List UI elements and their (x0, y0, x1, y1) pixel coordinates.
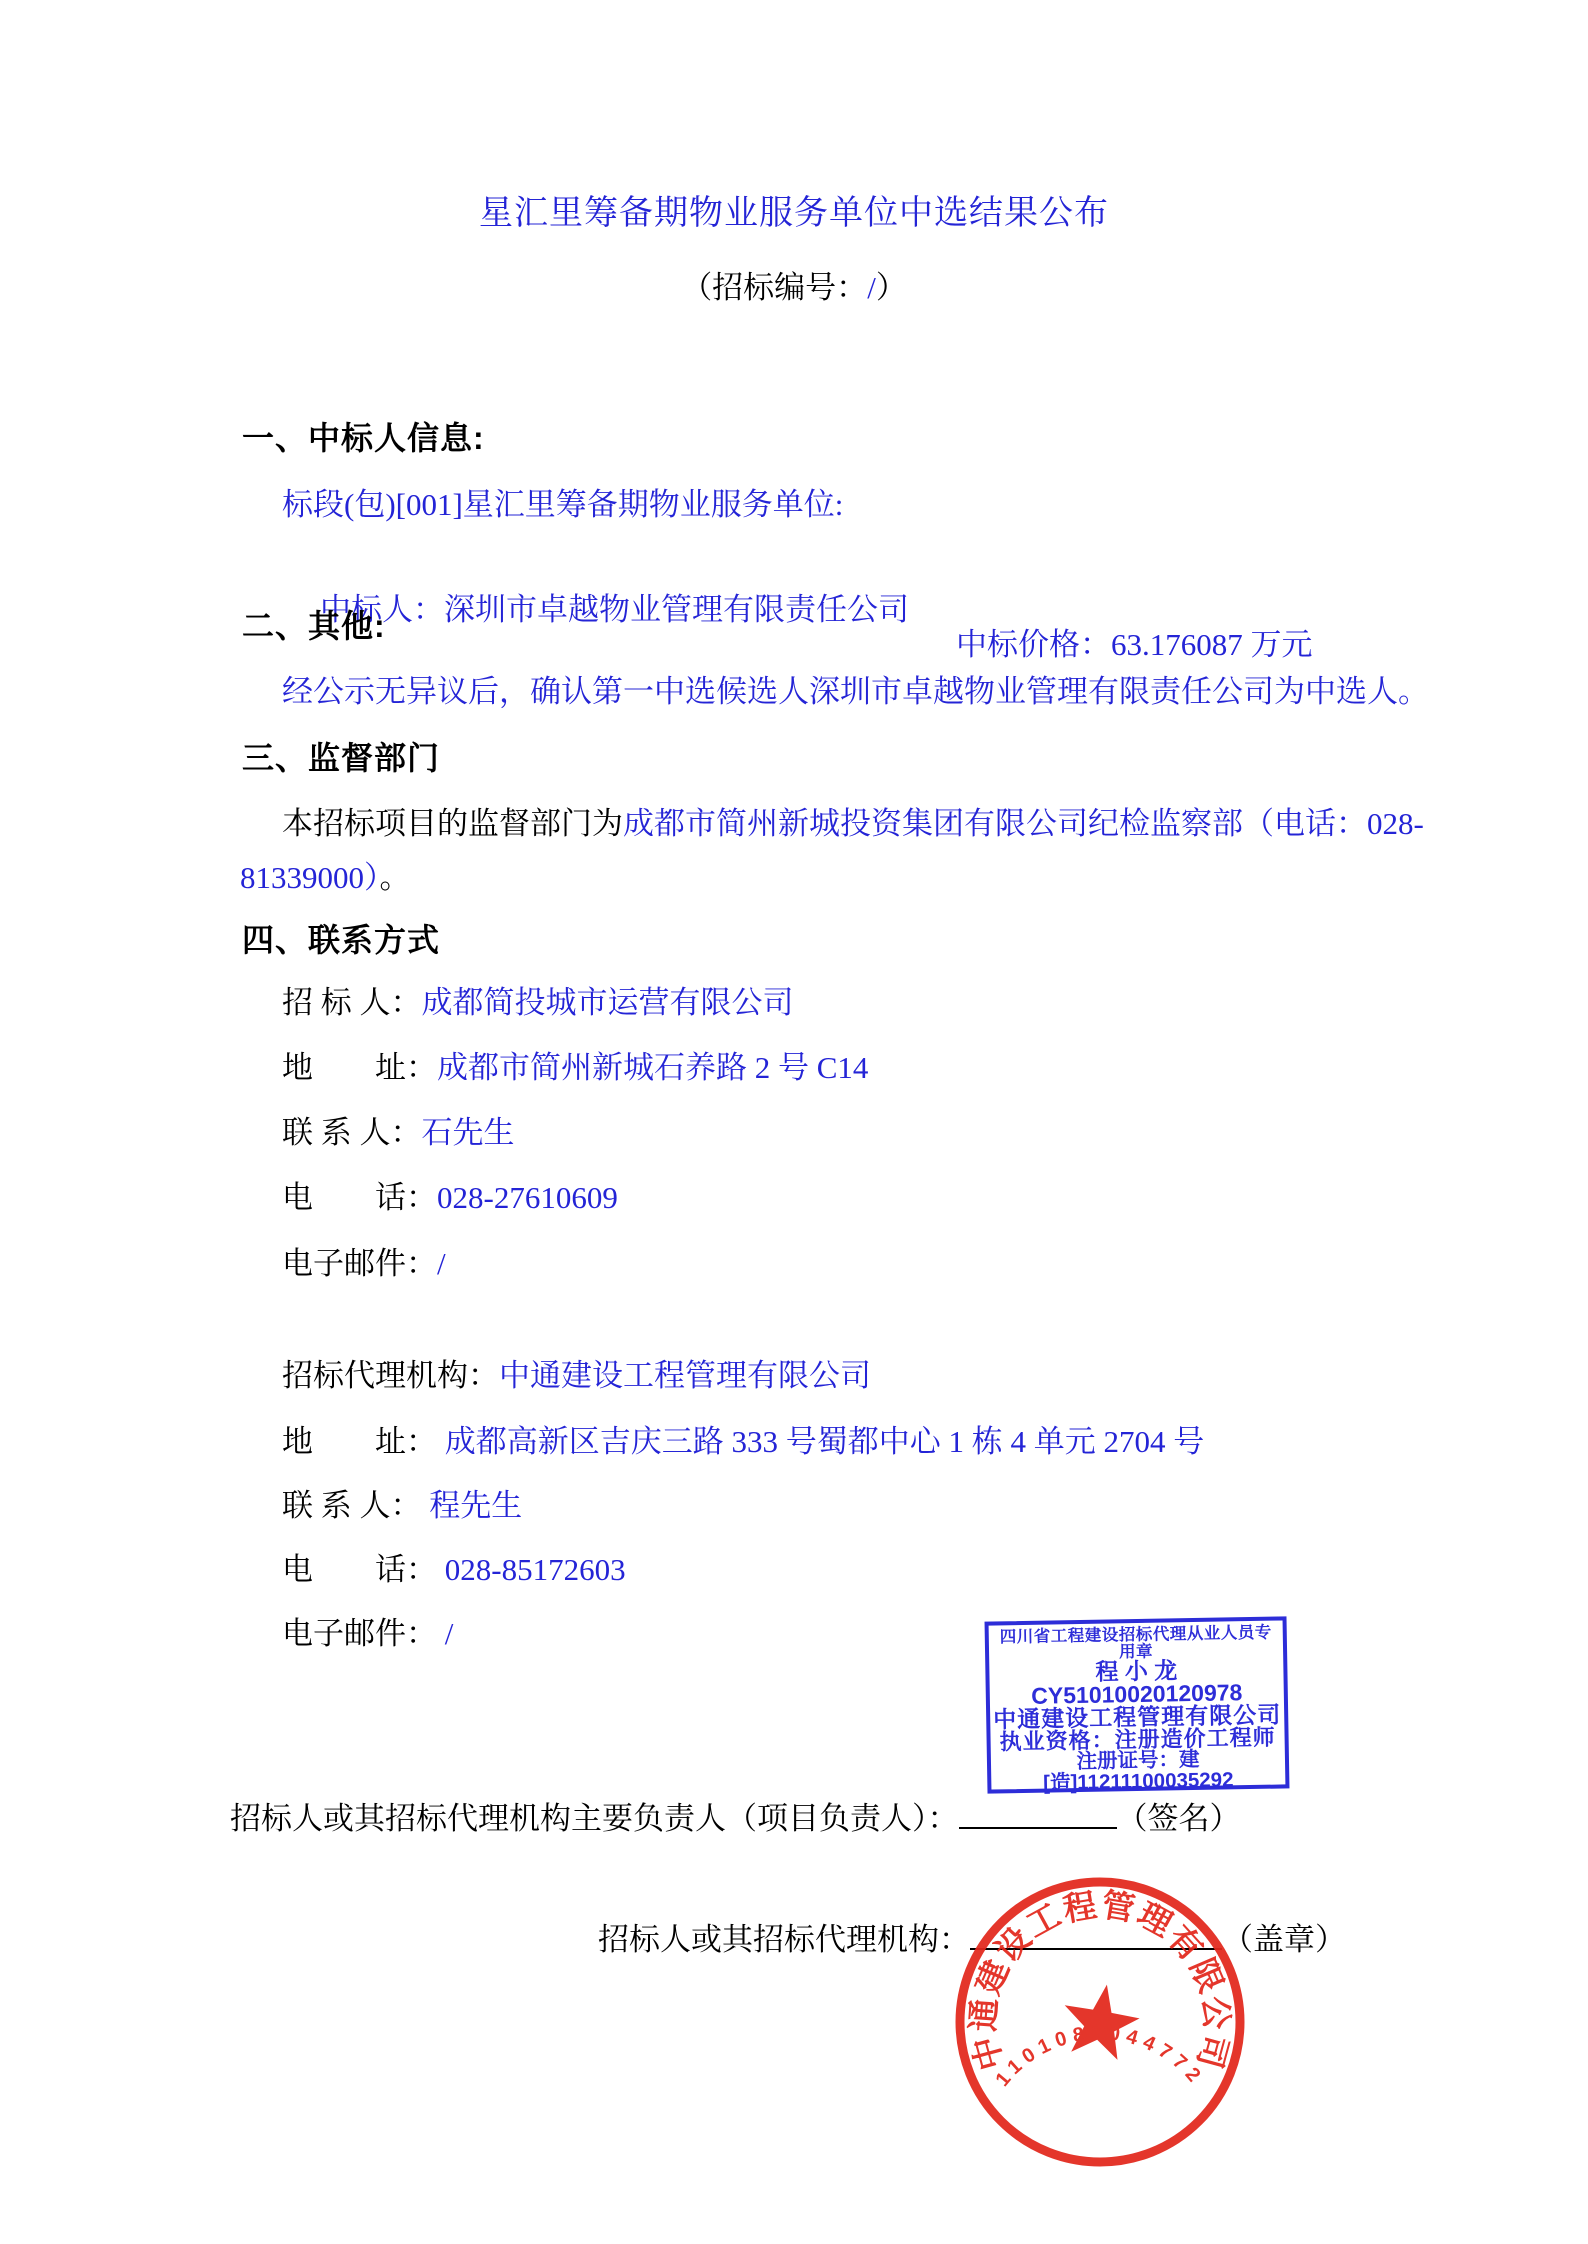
bid-number-prefix: （招标编号： (681, 270, 867, 305)
signature1-label: 招标人或其招标代理机构主要负责人（项目负责人）： (230, 1801, 959, 1836)
signature1-suffix: （签名） (1117, 1801, 1241, 1836)
seal-star (1065, 1985, 1140, 2060)
row-label: 电 话： (282, 1552, 437, 1587)
agency-row-name: 招标代理机构：中通建设工程管理有限公司 (282, 1358, 871, 1394)
supervision-dept: 成都市简州新城投资集团有限公司纪检监察部（电话：028- (623, 806, 1424, 841)
row-label: 地 址： (282, 1424, 437, 1459)
signature-line-principal: 招标人或其招标代理机构主要负责人（项目负责人）：（签名） (230, 1797, 1241, 1837)
row-value: 成都市简州新城石养路 2 号 C14 (437, 1050, 868, 1085)
row-value: 中通建设工程管理有限公司 (499, 1358, 871, 1393)
tenderer-row-name: 招 标 人：成都简投城市运营有限公司 (282, 985, 794, 1021)
stamp-line-cert-no: 注册证号：建[造]11211100035292 (994, 1748, 1283, 1794)
row-value: 成都简投城市运营有限公司 (422, 985, 794, 1020)
row-value: 程先生 (422, 1488, 523, 1523)
signature1-blank (959, 1797, 1117, 1829)
bid-number-line: （招标编号：/） (0, 270, 1588, 306)
section3-heading: 三、监督部门 (242, 740, 440, 777)
svg-text:1101081044772: 1101081044772 (991, 2022, 1208, 2090)
section4-heading: 四、联系方式 (242, 922, 440, 959)
bid-number-value: / (867, 270, 876, 305)
row-value: 028-85172603 (437, 1552, 626, 1587)
agency-row-contact: 联 系 人： 程先生 (282, 1488, 522, 1524)
stamp-line-person: 程 小 龙CY51010020120978 (992, 1657, 1281, 1708)
row-value: 石先生 (422, 1115, 515, 1150)
document-page: 星汇里筹备期物业服务单位中选结果公布 （招标编号：/） 一、中标人信息: 标段(… (0, 0, 1588, 2244)
company-seal: 中通建设工程管理有限公司 1101081044772 (950, 1872, 1250, 2172)
tenderer-row-phone: 电 话：028-27610609 (282, 1180, 618, 1216)
section2-heading: 二、其他: (242, 608, 386, 645)
section3-line2: 81339000）。 (240, 860, 411, 896)
signature2-label: 招标人或其招标代理机构： (598, 1922, 970, 1957)
section2-body: 经公示无异议后，确认第一中选候选人深圳市卓越物业管理有限责任公司为中选人。 (282, 674, 1429, 710)
row-value: 028-27610609 (437, 1180, 618, 1215)
agency-row-email: 电子邮件： / (282, 1616, 453, 1652)
row-value: / (437, 1616, 453, 1651)
winner-name: 中标人：深圳市卓越物业管理有限责任公司 (320, 592, 909, 628)
agency-row-address: 地 址： 成都高新区吉庆三路 333 号蜀都中心 1 栋 4 单元 2704 号 (282, 1424, 1204, 1460)
supervision-lead: 本招标项目的监督部门为 (282, 806, 623, 841)
section1-heading: 一、中标人信息: (242, 420, 485, 457)
row-label: 联 系 人： (282, 1488, 422, 1523)
agent-qualification-stamp: 四川省工程建设招标代理从业人员专用章 程 小 龙CY51010020120978… (985, 1616, 1290, 1793)
row-value: / (437, 1246, 446, 1281)
row-value: 成都高新区吉庆三路 333 号蜀都中心 1 栋 4 单元 2704 号 (437, 1424, 1204, 1459)
section1-lot-line: 标段(包)[001]星汇里筹备期物业服务单位: (282, 487, 843, 523)
supervision-period: 。 (380, 860, 411, 895)
seal-number: 1101081044772 (991, 2022, 1208, 2090)
row-label: 联 系 人： (282, 1115, 422, 1150)
document-title: 星汇里筹备期物业服务单位中选结果公布 (0, 194, 1588, 233)
row-label: 招标代理机构： (282, 1358, 499, 1393)
winner-price: 中标价格：63.176087 万元 (956, 627, 1313, 663)
row-label: 电 话： (282, 1180, 437, 1215)
bid-number-suffix: ） (876, 270, 907, 305)
row-label: 招 标 人： (282, 985, 422, 1020)
section3-line1: 本招标项目的监督部门为成都市简州新城投资集团有限公司纪检监察部（电话：028- (282, 806, 1424, 842)
tenderer-row-contact: 联 系 人：石先生 (282, 1115, 515, 1151)
tenderer-row-address: 地 址：成都市简州新城石养路 2 号 C14 (282, 1050, 868, 1086)
agency-row-phone: 电 话： 028-85172603 (282, 1552, 626, 1588)
row-label: 地 址： (282, 1050, 437, 1085)
stamp-line-title: 四川省工程建设招标代理从业人员专用章 (992, 1624, 1281, 1662)
tenderer-row-email: 电子邮件：/ (282, 1246, 446, 1282)
row-label: 电子邮件： (282, 1246, 437, 1281)
row-label: 电子邮件： (282, 1616, 437, 1651)
supervision-phone-tail: 81339000） (240, 860, 380, 895)
